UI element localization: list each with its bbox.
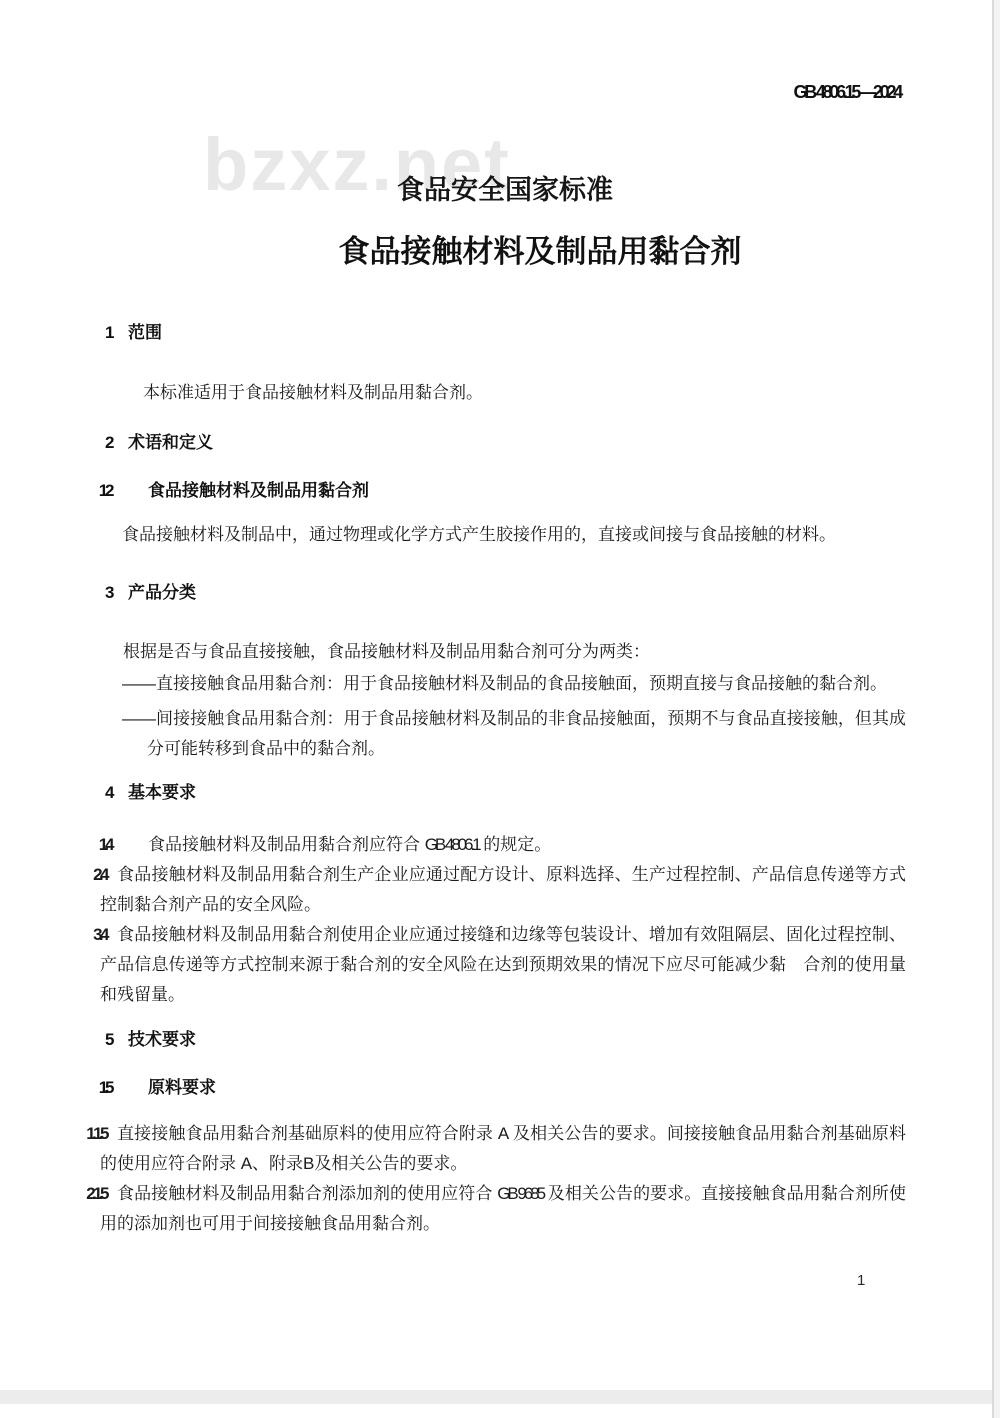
clause-5-1-1-number: 5.1.1 [100,1119,117,1149]
section-5-number: 5 [105,1029,128,1051]
section-1-title: 范围 [128,323,162,342]
gb-9685-reference: GB 9685 [497,1184,543,1203]
clause-4-3-text: 食品接触材料及制品用黏合剂使用企业应通过接缝和边缘等包装设计、增加有效阻隔层、固… [100,925,906,1004]
page-number: 1 [857,1272,865,1289]
standard-code: GB 4806.15—2024 [793,82,900,103]
clause-5-1-2-text: 食品接触材料及制品用黏合剂添加剂的使用应符合 [117,1184,497,1203]
section-2-number: 2 [105,432,128,454]
clause-2-1-body: 食品接触材料及制品中，通过物理或化学方式产生胶接作用的，直接或间接与食品接触的材… [100,520,906,550]
section-5-title: 技术要求 [128,1030,196,1049]
section-4-number: 4 [105,782,128,804]
document-body: 1范围 本标准适用于食品接触材料及制品用黏合剂。 2术语和定义 2.1食品接触材… [100,322,906,1239]
section-3-item-indirect: ——间接接触食品用黏合剂：用于食品接触材料及制品的非食品接触面，预期不与食品直接… [100,704,906,764]
section-2-title: 术语和定义 [128,433,213,452]
document-title: 食品安全国家标准 [0,168,1000,207]
section-4-heading: 4基本要求 [100,782,906,804]
clause-4-1-number: 4.1 [105,830,148,860]
clause-2-1-number: 2.1 [105,480,148,502]
clause-4-2: 4.2食品接触材料及制品用黏合剂生产企业应通过配方设计、原料选择、生产过程控制、… [100,860,906,920]
clause-5-1-heading: 5.1原料要求 [100,1077,906,1099]
clause-5-1-number: 5.1 [105,1077,148,1099]
clause-4-2-text: 食品接触材料及制品用黏合剂生产企业应通过配方设计、原料选择、生产过程控制、产品信… [100,865,906,914]
gb-4806-1-reference: GB 4806.1 [425,835,479,854]
clause-5-1-2-number: 5.1.2 [100,1179,117,1209]
section-1-body: 本标准适用于食品接触材料及制品用黏合剂。 [100,378,906,408]
clause-4-1-text-end: 的规定。 [478,835,551,854]
clause-4-3-number: 4.3 [100,920,117,950]
next-page-edge [0,1404,994,1418]
clause-5-1-2: 5.1.2食品接触材料及制品用黏合剂添加剂的使用应符合 GB 9685 及相关公… [100,1179,906,1239]
page-break-band [0,1390,1000,1404]
section-2-heading: 2术语和定义 [100,432,906,454]
section-1-heading: 1范围 [100,322,906,344]
section-3-heading: 3产品分类 [100,582,906,604]
section-5-heading: 5技术要求 [100,1029,906,1051]
clause-4-1: 4.1食品接触材料及制品用黏合剂应符合 GB 4806.1 的规定。 [100,830,906,860]
clause-4-2-number: 4.2 [100,860,117,890]
section-4-title: 基本要求 [128,783,196,802]
page-right-edge [992,0,1000,1418]
clause-2-1-heading: 2.1食品接触材料及制品用黏合剂 [100,480,906,502]
section-1-number: 1 [105,322,128,344]
clause-5-1-1: 5.1.1直接接触食品用黏合剂基础原料的使用应符合附录 A 及相关公告的要求。间… [100,1119,906,1179]
section-3-item-direct: ——直接接触食品用黏合剂：用于食品接触材料及制品的食品接触面，预期直接与食品接触… [100,669,906,699]
clause-2-1-title: 食品接触材料及制品用黏合剂 [148,481,369,500]
clause-5-1-1-text: 直接接触食品用黏合剂基础原料的使用应符合附录 A 及相关公告的要求。间接接触食品… [100,1124,906,1173]
clause-4-1-text: 食品接触材料及制品用黏合剂应符合 [148,835,425,854]
document-subtitle: 食品接触材料及制品用黏合剂 [0,226,1000,271]
clause-5-1-title: 原料要求 [148,1078,216,1097]
section-3-number: 3 [105,582,128,604]
document-page: bzxz.net GB 4806.15—2024 食品安全国家标准 食品接触材料… [0,0,1000,1418]
section-3-intro: 根据是否与食品直接接触，食品接触材料及制品用黏合剂可分为两类： [100,637,906,667]
clause-4-3: 4.3食品接触材料及制品用黏合剂使用企业应通过接缝和边缘等包装设计、增加有效阻隔… [100,920,906,1010]
section-3-title: 产品分类 [128,583,196,602]
